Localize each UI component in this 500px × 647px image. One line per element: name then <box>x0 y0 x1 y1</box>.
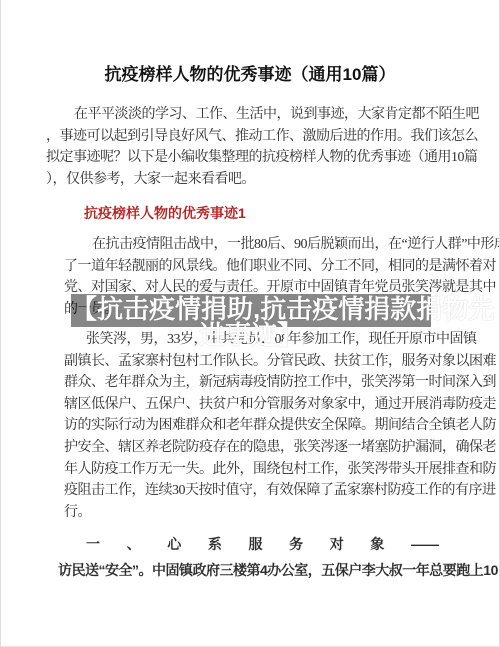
banner-line-1: 【抗击疫情捐助,抗击疫情捐款捐物先 <box>71 296 431 322</box>
body-line: 在抗击疫情阻击战中，一批80后、90后脱颖而出，在“逆行人群”中形成 <box>64 234 438 256</box>
body-line: 行。 <box>64 502 438 524</box>
banner-line-2: 进事迹】 <box>71 322 431 348</box>
body-line: 辖区低保户、五保户、扶贫户和分管服务对象家中，通过开展消毒防疫走 <box>64 394 438 416</box>
page-title: 抗疫榜样人物的优秀事迹（通用10篇） <box>1 60 499 85</box>
intro-line: 拟定事迹呢？以下是小编收集整理的抗疫榜样人物的优秀事迹（通用10篇 <box>46 147 453 169</box>
watermark-overlay-banner: 【抗击疫情捐助,抗击疫情捐款捐物先 进事迹】 <box>71 294 431 327</box>
section-heading: 抗疫榜样人物的优秀事迹1 <box>84 206 246 221</box>
intro-line: ），仅供参考，大家一起来看看吧。 <box>46 169 453 191</box>
body-line: 副镇长、孟家寨村包村工作队长。分管民政、扶贫工作，服务对象以困难 <box>64 351 438 373</box>
body-line: 疫阻击工作，连续30天按时值守，有效保障了孟家寨村防疫工作的有序进 <box>64 480 438 502</box>
subsection-heading: 一、心系服务对象—— <box>86 536 439 552</box>
intro-paragraph: 在平平淡淡的学习、工作、生活中，说到事迹，大家肯定都不陌生吧 ，事迹可以起到引导… <box>46 104 453 190</box>
body-line: 了一道年轻靓丽的风景线。他们职业不同、分工不同，相同的是满怀着对 <box>64 256 438 278</box>
intro-line: 在平平淡淡的学习、工作、生活中，说到事迹，大家肯定都不陌生吧 <box>46 104 453 126</box>
subsection-first-line: 访民送“安全”。中固镇政府三楼第4办公室，五保户李大叔一年总要跑上10 <box>58 560 441 582</box>
body-line: 护安全、辖区养老院防疫存在的隐患，张笑涔逐一堵塞防护漏洞，确保老 <box>64 437 438 459</box>
body-line: 访的实际行动为困难群众和老年群众提供安全保障。期间结合全镇老人防 <box>64 415 438 437</box>
body-line: 群众、老年群众为主，新冠病毒疫情防控工作中，张笑涔第一时间深入到 <box>64 372 438 394</box>
document-page: 抗疫榜样人物的优秀事迹（通用10篇） 在平平淡淡的学习、工作、生活中，说到事迹，… <box>0 0 500 647</box>
section-paragraph-2: 张笑涔，男，33岁，中共党员，08年参加工作，现任开原市中固镇 副镇长、孟家寨村… <box>64 329 438 523</box>
body-line: 年人防疫工作万无一失。此外，围绕包村工作，张笑涔带头开展排查和防 <box>64 459 438 481</box>
intro-line: ，事迹可以起到引导良好风气、推动工作、激励后进的作用。我们该怎么 <box>46 126 453 148</box>
